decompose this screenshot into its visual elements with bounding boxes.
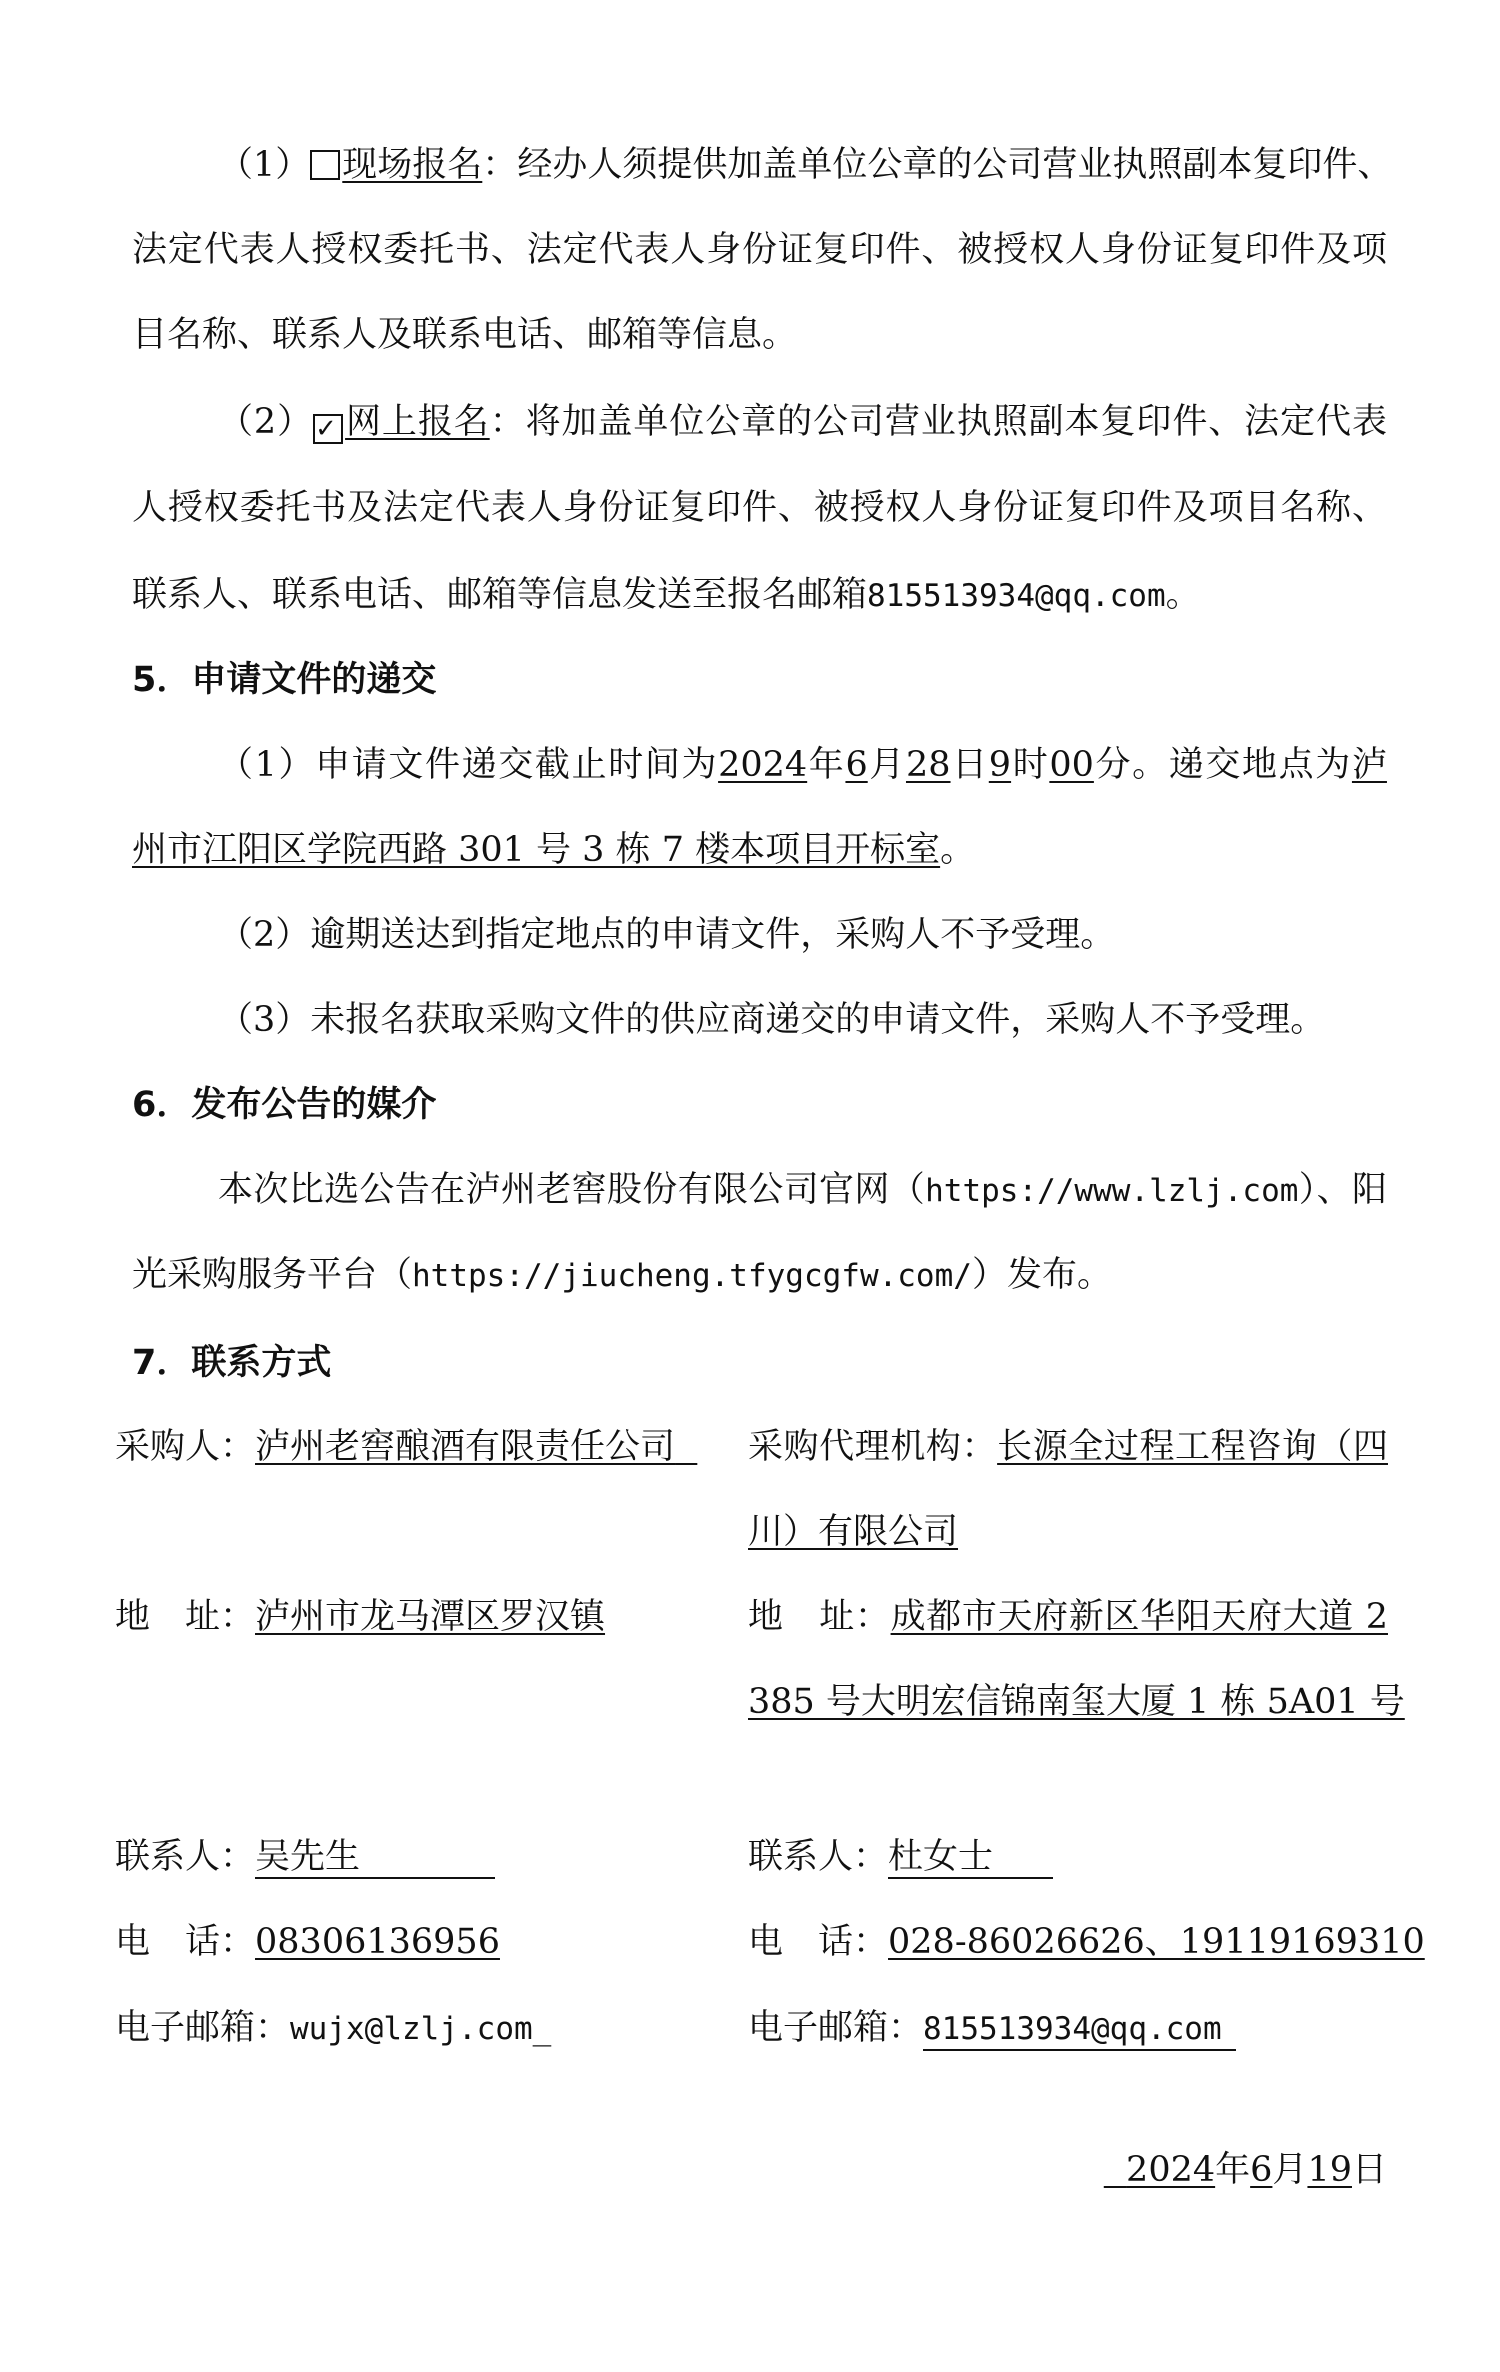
agency-name-row-1: 采购代理机构：长源全过程工程咨询（四 bbox=[748, 1422, 1388, 1472]
procurement-platform-link[interactable]: https://jiucheng.tfygcgfw.com/ bbox=[412, 1258, 972, 1294]
onsite-registration-line-2: 法定代表人授权委托书、法定代表人身份证复印件、被授权人身份证复印件及项 bbox=[132, 225, 1387, 275]
phone-label: 电 话： bbox=[748, 1922, 888, 1962]
contact-label: 联系人： bbox=[115, 1837, 255, 1877]
agency-email-link[interactable]: 815513934@qq.com bbox=[923, 2009, 1236, 2051]
publication-text: 本次比选公告在泸州老窖股份有限公司官网（ bbox=[218, 1170, 925, 1210]
date-year: 2024 bbox=[1126, 2150, 1215, 2190]
date-day: 19 bbox=[1307, 2150, 1352, 2190]
publication-text: 光采购服务平台（ bbox=[132, 1255, 412, 1295]
purchaser-label: 采购人： bbox=[115, 1427, 255, 1467]
unchecked-checkbox-icon[interactable] bbox=[310, 150, 340, 180]
agency-address-row-1: 地 址：成都市天府新区华阳天府大道 2 bbox=[748, 1592, 1388, 1642]
lzlj-website-link[interactable]: https://www.lzlj.com bbox=[925, 1173, 1298, 1209]
late-submission-rule: （2）逾期送达到指定地点的申请文件，采购人不予受理。 bbox=[218, 910, 1387, 960]
section-7-heading: 7．联系方式 bbox=[132, 1338, 1387, 1388]
section-5-heading: 5．申请文件的递交 bbox=[132, 655, 1387, 705]
online-registration-text: 将加盖单位公章的公司营业执照副本复印件、法定代表 bbox=[526, 402, 1387, 442]
onsite-registration-option[interactable]: 现场报名 bbox=[310, 145, 482, 185]
month-unit: 月 bbox=[1272, 2150, 1307, 2190]
online-registration-text: 联系人、联系电话、邮箱等信息发送至报名邮箱 bbox=[132, 575, 867, 615]
email-label: 电子邮箱： bbox=[115, 2008, 290, 2048]
agency-name: 川）有限公司 bbox=[748, 1512, 958, 1552]
submission-deadline-line-2: 州市江阳区学院西路 301 号 3 栋 7 楼本项目开标室。 bbox=[132, 825, 1387, 875]
purchaser-address: 泸州市龙马潭区罗汉镇 bbox=[255, 1597, 605, 1637]
purchaser-name-row: 采购人：泸州老窖酿酒有限责任公司 bbox=[115, 1422, 715, 1472]
unregistered-supplier-rule: （3）未报名获取采购文件的供应商递交的申请文件，采购人不予受理。 bbox=[218, 995, 1387, 1045]
online-registration-line-3: 联系人、联系电话、邮箱等信息发送至报名邮箱815513934@qq.com。 bbox=[132, 570, 1387, 620]
publication-text: ）发布。 bbox=[972, 1255, 1112, 1295]
deadline-day: 28 bbox=[906, 745, 951, 785]
deadline-minute: 00 bbox=[1049, 745, 1094, 785]
registration-email-link[interactable]: 815513934@qq.com bbox=[867, 578, 1166, 614]
agency-name: 长源全过程工程咨询（四 bbox=[997, 1427, 1388, 1467]
period: 。 bbox=[1166, 575, 1201, 615]
agency-contact-row: 联系人：杜女士 bbox=[748, 1832, 1388, 1882]
deadline-month: 6 bbox=[845, 745, 867, 785]
agency-name-row-2: 川）有限公司 bbox=[748, 1507, 1388, 1557]
hour-unit: 时 bbox=[1011, 745, 1049, 785]
section-6-heading: 6．发布公告的媒介 bbox=[132, 1080, 1387, 1130]
submission-deadline-line-1: （1）申请文件递交截止时间为2024年6月28日9时00分。递交地点为泸 bbox=[218, 740, 1387, 790]
period: 。 bbox=[940, 830, 975, 870]
purchaser-phone: 08306136956 bbox=[255, 1922, 500, 1962]
deadline-hour: 9 bbox=[989, 745, 1011, 785]
agency-phone-row: 电 话：028-86026626、19119169310 bbox=[748, 1917, 1388, 1967]
purchaser-phone-row: 电 话：08306136956 bbox=[115, 1917, 715, 1967]
address-label: 地 址： bbox=[748, 1597, 891, 1637]
day-unit: 日 bbox=[1352, 2150, 1387, 2190]
address-label: 地 址： bbox=[115, 1597, 255, 1637]
underscore: _ bbox=[533, 2011, 552, 2047]
minute-unit: 分。递交地点为 bbox=[1094, 745, 1352, 785]
agency-address: 385 号大明宏信锦南玺大厦 1 栋 5A01 号 bbox=[748, 1682, 1405, 1722]
item-number: （2） bbox=[218, 402, 313, 442]
submission-place: 泸 bbox=[1352, 745, 1387, 785]
online-registration-line-1: （2）✓网上报名：将加盖单位公章的公司营业执照副本复印件、法定代表 bbox=[218, 397, 1387, 447]
agency-email-row: 电子邮箱：815513934@qq.com bbox=[748, 2003, 1388, 2053]
date-month: 6 bbox=[1250, 2150, 1272, 2190]
deadline-year: 2024 bbox=[718, 745, 807, 785]
purchaser-address-row: 地 址：泸州市龙马潭区罗汉镇 bbox=[115, 1592, 715, 1642]
year-unit: 年 bbox=[807, 745, 845, 785]
underline-filler bbox=[1104, 2150, 1126, 2190]
deadline-label: （1）申请文件递交截止时间为 bbox=[218, 745, 718, 785]
purchaser-contact-row: 联系人：吴先生 bbox=[115, 1832, 715, 1882]
email-label: 电子邮箱： bbox=[748, 2008, 923, 2048]
month-unit: 月 bbox=[868, 745, 906, 785]
onsite-registration-line-3: 目名称、联系人及联系电话、邮箱等信息。 bbox=[132, 310, 1387, 360]
submission-place: 州市江阳区学院西路 301 号 3 栋 7 楼本项目开标室 bbox=[132, 830, 940, 870]
checked-checkbox-icon[interactable]: ✓ bbox=[313, 414, 343, 444]
publication-media-line-2: 光采购服务平台（https://jiucheng.tfygcgfw.com/）发… bbox=[132, 1250, 1387, 1300]
online-registration-label: 网上报名 bbox=[345, 402, 490, 442]
online-registration-line-2: 人授权委托书及法定代表人身份证复印件、被授权人身份证复印件及项目名称、 bbox=[132, 483, 1387, 533]
online-registration-option[interactable]: ✓网上报名 bbox=[313, 402, 490, 442]
agency-address: 成都市天府新区华阳天府大道 2 bbox=[891, 1597, 1388, 1637]
underline-filler bbox=[675, 1427, 697, 1467]
agency-phone: 028-86026626、19119169310 bbox=[888, 1922, 1425, 1962]
purchaser-name: 泸州老窖酿酒有限责任公司 bbox=[255, 1427, 675, 1467]
onsite-registration-text: 经办人须提供加盖单位公章的公司营业执照副本复印件、 bbox=[517, 145, 1392, 185]
phone-label: 电 话： bbox=[115, 1922, 255, 1962]
contact-label: 联系人： bbox=[748, 1837, 888, 1877]
colon: ： bbox=[490, 402, 526, 442]
purchaser-email-link[interactable]: wujx@lzlj.com bbox=[290, 2011, 533, 2047]
purchaser-email-row: 电子邮箱：wujx@lzlj.com_ bbox=[115, 2003, 715, 2053]
item-number: （1） bbox=[218, 145, 310, 185]
publication-text: ）、阳 bbox=[1298, 1170, 1387, 1210]
onsite-registration-line-1: （1）现场报名：经办人须提供加盖单位公章的公司营业执照副本复印件、 bbox=[218, 140, 1387, 190]
onsite-registration-label: 现场报名 bbox=[342, 145, 482, 185]
day-unit: 日 bbox=[951, 745, 989, 785]
colon: ： bbox=[482, 145, 517, 185]
agency-contact-person: 杜女士 bbox=[888, 1837, 1053, 1879]
agency-address-row-2: 385 号大明宏信锦南玺大厦 1 栋 5A01 号 bbox=[748, 1677, 1388, 1727]
year-unit: 年 bbox=[1215, 2150, 1250, 2190]
agency-label: 采购代理机构： bbox=[748, 1427, 997, 1467]
document-date: 2024年6月19日 bbox=[1104, 2145, 1387, 2195]
purchaser-contact-person: 吴先生 bbox=[255, 1837, 495, 1879]
publication-media-line-1: 本次比选公告在泸州老窖股份有限公司官网（https://www.lzlj.com… bbox=[218, 1165, 1387, 1215]
